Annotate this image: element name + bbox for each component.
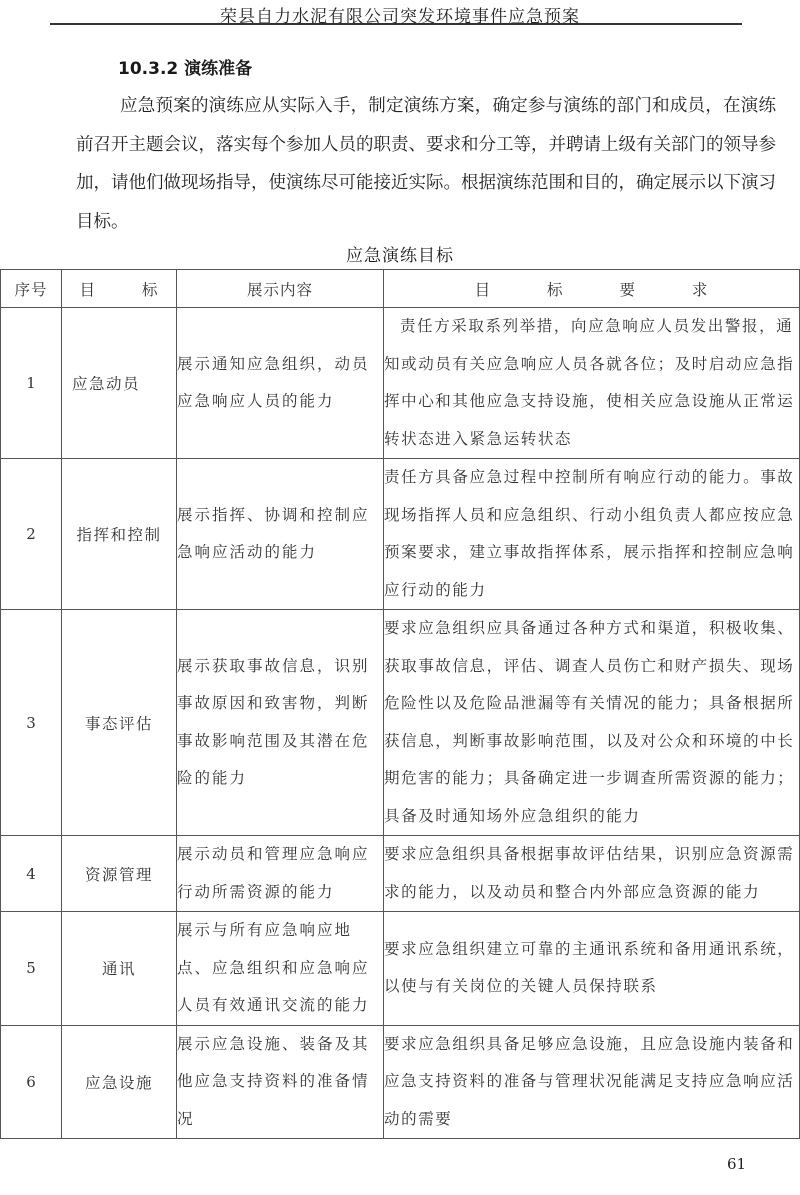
row-req: 要求应急组织具备足够应急设施，且应急设施内装备和应急支持资料的准备与管理状况能满… bbox=[384, 1025, 800, 1139]
row-goal: 资源管理 bbox=[62, 836, 177, 912]
row-no: 6 bbox=[1, 1025, 62, 1139]
row-goal: 通讯 bbox=[62, 912, 177, 1026]
header-show: 展示内容 bbox=[177, 270, 384, 308]
row-show: 展示通知应急组织，动员应急响应人员的能力 bbox=[177, 308, 384, 459]
row-no: 2 bbox=[1, 459, 62, 610]
header-req: 目 标 要 求 bbox=[384, 270, 800, 308]
drill-goals-table: 序号 目 标 展示内容 目 标 要 求 1 应急动员 展示通知应急组织，动员应急… bbox=[0, 269, 800, 1139]
page-number: 61 bbox=[727, 1155, 746, 1173]
row-no: 4 bbox=[1, 836, 62, 912]
table-row: 4 资源管理 展示动员和管理应急响应行动所需资源的能力 要求应急组织具备根据事故… bbox=[1, 836, 800, 912]
header-no: 序号 bbox=[1, 270, 62, 308]
section-heading: 10.3.2 演练准备 bbox=[118, 54, 252, 79]
table-row: 6 应急设施 展示应急设施、装备及其他应急支持资料的准备情况 要求应急组织具备足… bbox=[1, 1025, 800, 1139]
row-no: 3 bbox=[1, 610, 62, 836]
table-row: 1 应急动员 展示通知应急组织，动员应急响应人员的能力 责任方采取系列举措，向应… bbox=[1, 308, 800, 459]
table-row: 2 指挥和控制 展示指挥、协调和控制应急响应活动的能力 责任方具备应急过程中控制… bbox=[1, 459, 800, 610]
row-req: 要求应急组织应具备通过各种方式和渠道，积极收集、获取事故信息，评估、调查人员伤亡… bbox=[384, 610, 800, 836]
table-row: 3 事态评估 展示获取事故信息，识别事故原因和致害物，判断事故影响范围及其潜在危… bbox=[1, 610, 800, 836]
row-show: 展示获取事故信息，识别事故原因和致害物，判断事故影响范围及其潜在危险的能力 bbox=[177, 610, 384, 836]
row-show: 展示与所有应急响应地点、应急组织和应急响应人员有效通讯交流的能力 bbox=[177, 912, 384, 1026]
row-req-text: 责任方采取系列举措，向应急响应人员发出警报，通知或动员有关应急响应人员各就各位；… bbox=[384, 308, 799, 458]
header-rule bbox=[50, 23, 742, 25]
row-req: 要求应急组织具备根据事故评估结果，识别应急资源需求的能力，以及动员和整合内外部应… bbox=[384, 836, 800, 912]
row-req: 要求应急组织建立可靠的主通讯系统和备用通讯系统，以使与有关岗位的关键人员保持联系 bbox=[384, 912, 800, 1026]
row-show: 展示动员和管理应急响应行动所需资源的能力 bbox=[177, 836, 384, 912]
header-goal: 目 标 bbox=[62, 270, 177, 308]
row-goal: 指挥和控制 bbox=[62, 459, 177, 610]
row-goal: 应急动员 bbox=[62, 308, 177, 459]
table-header-row: 序号 目 标 展示内容 目 标 要 求 bbox=[1, 270, 800, 308]
row-show: 展示指挥、协调和控制应急响应活动的能力 bbox=[177, 459, 384, 610]
table-caption: 应急演练目标 bbox=[0, 241, 800, 266]
row-goal: 应急设施 bbox=[62, 1025, 177, 1139]
table-row: 5 通讯 展示与所有应急响应地点、应急组织和应急响应人员有效通讯交流的能力 要求… bbox=[1, 912, 800, 1026]
row-no: 1 bbox=[1, 308, 62, 459]
row-req: 责任方具备应急过程中控制所有响应行动的能力。事故现场指挥人员和应急组织、行动小组… bbox=[384, 459, 800, 610]
row-no: 5 bbox=[1, 912, 62, 1026]
row-show: 展示应急设施、装备及其他应急支持资料的准备情况 bbox=[177, 1025, 384, 1139]
row-goal: 事态评估 bbox=[62, 610, 177, 836]
body-paragraph: 应急预案的演练应从实际入手，制定演练方案，确定参与演练的部门和成员，在演练前召开… bbox=[76, 87, 776, 241]
row-req: 责任方采取系列举措，向应急响应人员发出警报，通知或动员有关应急响应人员各就各位；… bbox=[384, 308, 800, 459]
